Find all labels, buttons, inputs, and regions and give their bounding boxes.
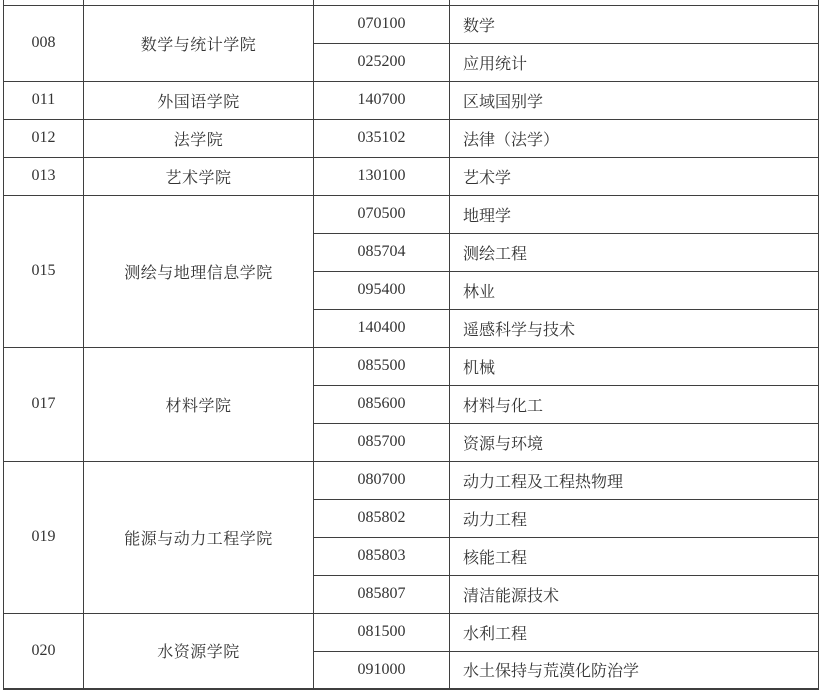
major-code-cell: 140700	[314, 81, 450, 119]
major-name-cell: 区域国别学	[450, 81, 819, 119]
major-name-cell: 艺术学	[450, 157, 819, 195]
college-name-cell: 材料学院	[84, 347, 314, 461]
document-page: 008数学与统计学院070100数学025200应用统计011外国语学院1407…	[0, 0, 821, 692]
major-name-cell: 测绘工程	[450, 233, 819, 271]
major-code-cell: 085803	[314, 537, 450, 575]
major-name-cell: 水土保持与荒漠化防治学	[450, 651, 819, 689]
major-name-cell: 清洁能源技术	[450, 575, 819, 613]
college-code-cell: 019	[4, 461, 84, 613]
major-name-cell: 材料与化工	[450, 385, 819, 423]
major-code-cell: 091000	[314, 651, 450, 689]
college-code-cell: 015	[4, 195, 84, 347]
major-code-cell: 085807	[314, 575, 450, 613]
major-name-cell: 核能工程	[450, 537, 819, 575]
table-row: 008数学与统计学院070100数学	[4, 5, 819, 43]
major-code-cell: 035102	[314, 119, 450, 157]
major-code-cell: 080700	[314, 461, 450, 499]
major-code-cell: 085600	[314, 385, 450, 423]
major-code-cell: 085704	[314, 233, 450, 271]
major-name-cell: 动力工程	[450, 499, 819, 537]
major-name-cell: 资源与环境	[450, 423, 819, 461]
major-code-cell: 140400	[314, 309, 450, 347]
college-name-cell: 数学与统计学院	[84, 5, 314, 81]
major-name-cell: 机械	[450, 347, 819, 385]
major-code-cell: 025200	[314, 43, 450, 81]
college-code-cell: 008	[4, 5, 84, 81]
college-name-cell: 测绘与地理信息学院	[84, 195, 314, 347]
major-name-cell: 动力工程及工程热物理	[450, 461, 819, 499]
college-name-cell: 能源与动力工程学院	[84, 461, 314, 613]
table-row: 015测绘与地理信息学院070500地理学	[4, 195, 819, 233]
table-row: 017材料学院085500机械	[4, 347, 819, 385]
college-name-cell: 外国语学院	[84, 81, 314, 119]
college-name-cell: 艺术学院	[84, 157, 314, 195]
major-code-cell: 095400	[314, 271, 450, 309]
major-code-cell: 130100	[314, 157, 450, 195]
college-code-cell: 012	[4, 119, 84, 157]
major-name-cell: 地理学	[450, 195, 819, 233]
major-code-cell: 085802	[314, 499, 450, 537]
major-code-cell: 070100	[314, 5, 450, 43]
table-row: 011外国语学院140700区域国别学	[4, 81, 819, 119]
admissions-table: 008数学与统计学院070100数学025200应用统计011外国语学院1407…	[3, 0, 819, 690]
major-code-cell: 085500	[314, 347, 450, 385]
major-name-cell: 林业	[450, 271, 819, 309]
table-row: 020水资源学院081500水利工程	[4, 613, 819, 651]
major-name-cell: 遥感科学与技术	[450, 309, 819, 347]
table-body: 008数学与统计学院070100数学025200应用统计011外国语学院1407…	[4, 0, 819, 689]
major-name-cell: 数学	[450, 5, 819, 43]
college-name-cell: 水资源学院	[84, 613, 314, 689]
college-code-cell: 011	[4, 81, 84, 119]
college-code-cell: 020	[4, 613, 84, 689]
major-name-cell: 水利工程	[450, 613, 819, 651]
major-name-cell: 法律（法学）	[450, 119, 819, 157]
table-row: 019能源与动力工程学院080700动力工程及工程热物理	[4, 461, 819, 499]
major-code-cell: 070500	[314, 195, 450, 233]
college-name-cell: 法学院	[84, 119, 314, 157]
table-row: 012法学院035102法律（法学）	[4, 119, 819, 157]
major-name-cell: 应用统计	[450, 43, 819, 81]
college-code-cell: 017	[4, 347, 84, 461]
major-code-cell: 081500	[314, 613, 450, 651]
college-code-cell: 013	[4, 157, 84, 195]
major-code-cell: 085700	[314, 423, 450, 461]
table-row: 013艺术学院130100艺术学	[4, 157, 819, 195]
